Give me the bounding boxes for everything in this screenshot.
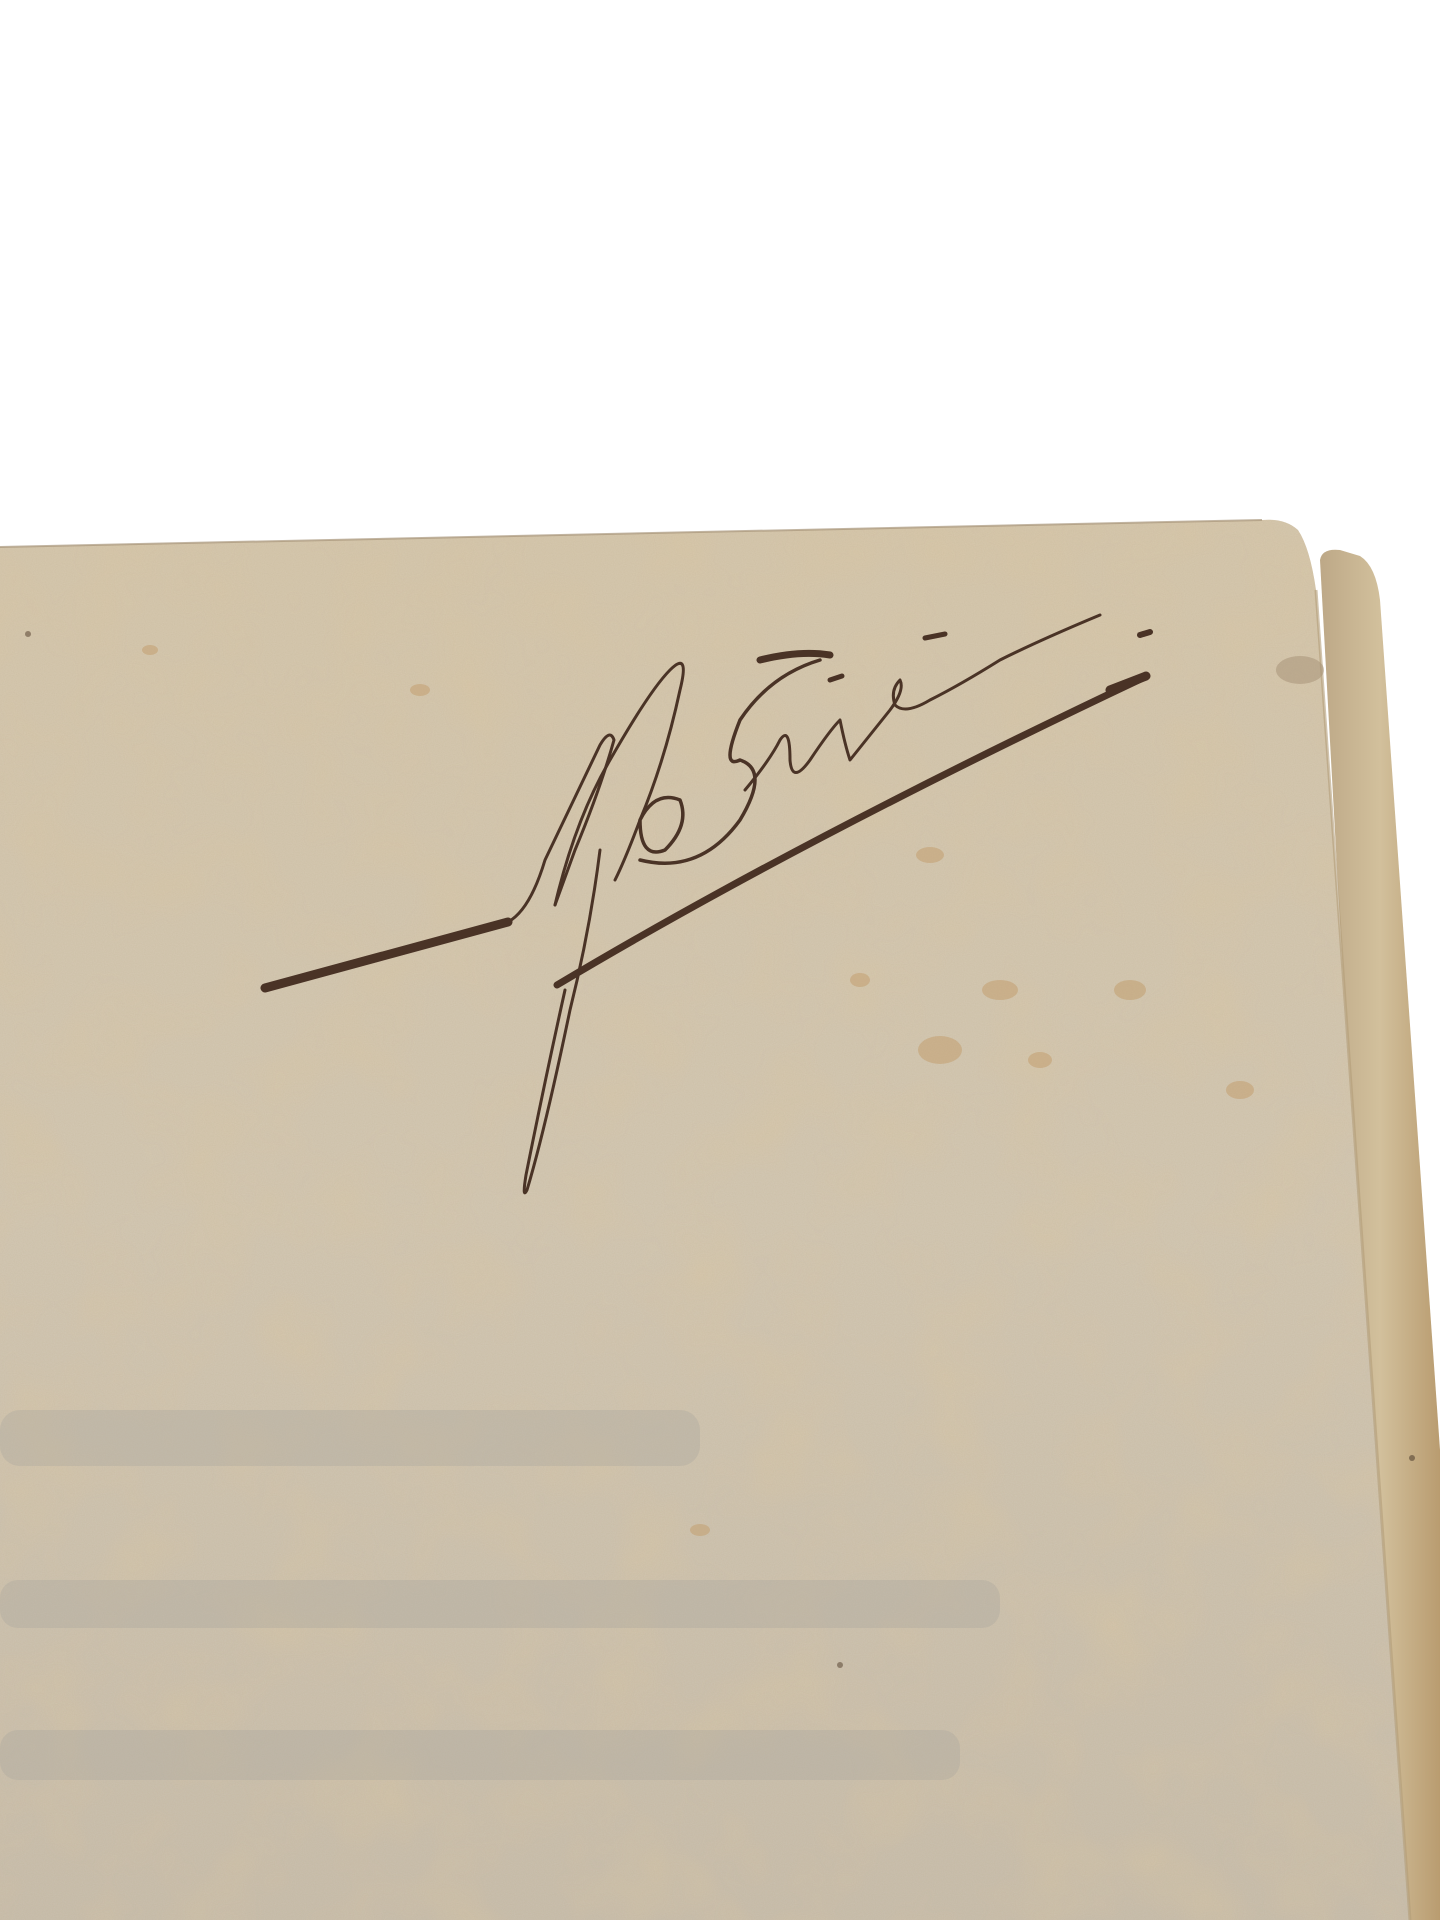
book-page-photo <box>0 0 1440 1920</box>
photo-scene: Cursive ink signature with long underlin… <box>0 0 1440 1920</box>
